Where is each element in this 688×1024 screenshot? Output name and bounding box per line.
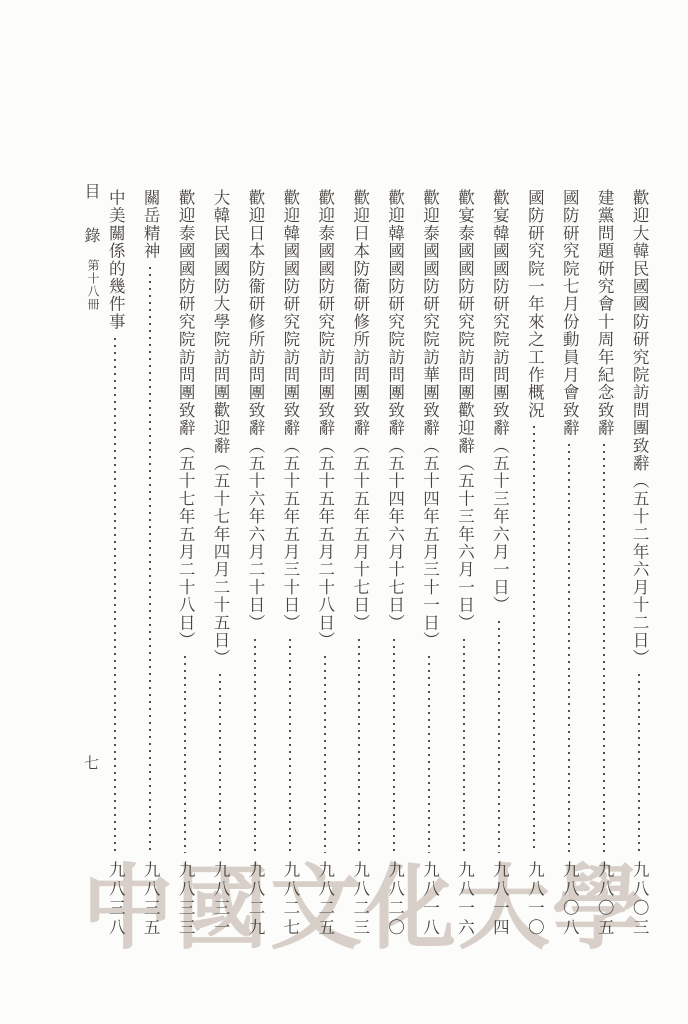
toc-entry-title: 國防研究院一年來之工作概況 <box>526 189 543 419</box>
toc-entry: 歡迎泰國國防研究院訪問團致辭（五十七年五月二十八日）九八三三 <box>174 189 196 937</box>
toc-entry-page: 九八二五 <box>316 861 333 937</box>
toc-entry-page: 九八三一 <box>212 861 229 937</box>
dotted-leader <box>533 426 535 852</box>
toc-entry-page: 九八二〇 <box>386 861 403 937</box>
toc-entry: 歡迎日本防衞研修所訪問團致辭（五十六年六月二十日）九八二九 <box>244 189 266 937</box>
toc-entry: 國防研究院一年來之工作概況九八一〇 <box>523 189 545 937</box>
toc-entry-page: 九八二三 <box>351 861 368 937</box>
toc-entry-title: 歡迎日本防衞研修所訪問團致辭（五十六年六月二十日） <box>246 189 263 632</box>
toc-entry-title: 歡迎韓國國防研究院訪問團致辭（五十五年五月三十日） <box>281 189 298 632</box>
book-page: 中國文化大學 目錄 第十八冊 七 歡迎大韓民國國防研究院訪問團致辭（五十二年六月… <box>0 0 688 1024</box>
toc-entry-title: 歡迎韓國國防研究院訪問團致辭（五十四年六月十七日） <box>386 189 403 632</box>
toc-entry-title: 國防研究院七月份動員月會致辭 <box>561 189 578 437</box>
toc-entry-title: 歡宴泰國國防研究院訪問團歡迎辭（五十三年六月一日） <box>456 189 473 632</box>
toc-entry: 歡迎泰國國防研究院訪華團致辭（五十四年五月三十一日）九八一八 <box>418 189 440 937</box>
dotted-leader <box>498 621 500 853</box>
toc-entry-title: 歡迎泰國國防研究院訪問團致辭（五十七年五月二十八日） <box>177 189 194 649</box>
dotted-leader <box>149 267 151 853</box>
toc-entry-page: 九八三三 <box>177 861 194 937</box>
toc-entry: 中美關係的幾件事九八三八 <box>104 189 126 937</box>
toc-entry: 歡迎韓國國防研究院訪問團致辭（五十四年六月十七日）九八二〇 <box>383 189 405 937</box>
dotted-leader <box>289 639 291 853</box>
toc-entry: 歡迎韓國國防研究院訪問團致辭（五十五年五月三十日）九八二七 <box>279 189 301 937</box>
toc-entry-title: 歡宴韓國國防研究院訪問團致辭（五十三年六月一日） <box>491 189 508 614</box>
toc-entry: 歡迎大韓民國國防研究院訪問團致辭（五十二年六月十二日）九八〇三 <box>628 189 650 937</box>
toc-entry: 歡宴泰國國防研究院訪問團歡迎辭（五十三年六月一日）九八一六 <box>453 189 475 937</box>
toc-entry-page: 九八一四 <box>491 861 508 937</box>
toc-entry: 歡迎日本防衞研修所訪問團致辭（五十五年五月十七日）九八二三 <box>348 189 370 937</box>
toc-entry-title: 中美關係的幾件事 <box>107 189 124 331</box>
toc-title: 目錄 <box>83 183 99 271</box>
toc-entry-title: 大韓民國國防大學院訪問團歡迎辭（五十七年四月二十五日） <box>212 189 229 667</box>
toc-entry-page: 九八三五 <box>142 861 159 937</box>
toc-entry-title: 歡迎日本防衞研修所訪問團致辭（五十五年五月十七日） <box>351 189 368 632</box>
toc-entries: 歡迎大韓民國國防研究院訪問團致辭（五十二年六月十二日）九八〇三建黨問題研究會十周… <box>104 189 650 937</box>
dotted-leader <box>358 639 360 853</box>
toc-entry-title: 歡迎大韓民國國防研究院訪問團致辭（五十二年六月十二日） <box>631 189 648 667</box>
toc-entry-page: 九八一八 <box>421 861 438 937</box>
volume-label: 第十八冊 <box>83 259 99 311</box>
dotted-leader <box>393 639 395 853</box>
toc-entry-title: 歡迎泰國國防研究院訪問團致辭（五十五年五月二十八日） <box>316 189 333 649</box>
toc-entry-page: 九八二九 <box>246 861 263 937</box>
toc-entry: 歡宴韓國國防研究院訪問團致辭（五十三年六月一日）九八一四 <box>488 189 510 937</box>
dotted-leader <box>638 674 640 853</box>
toc-header: 目錄 第十八冊 <box>83 183 99 311</box>
toc-entry-page: 九八〇五 <box>596 861 613 937</box>
toc-entry-title: 建黨問題研究會十周年紀念致辭 <box>596 189 613 437</box>
toc-entry-page: 九八一〇 <box>526 861 543 937</box>
dotted-leader <box>184 656 186 852</box>
toc-entry-page: 九八二七 <box>281 861 298 937</box>
dotted-leader <box>428 656 430 852</box>
toc-entry-page: 九八〇八 <box>561 861 578 937</box>
dotted-leader <box>114 338 116 853</box>
dotted-leader <box>603 444 605 853</box>
folio-number: 七 <box>84 756 99 771</box>
toc-entry-page: 九八〇三 <box>631 861 648 937</box>
toc-entry-title: 關岳精神 <box>142 189 159 260</box>
dotted-leader <box>568 444 570 853</box>
dotted-leader <box>219 674 221 853</box>
toc-entry: 大韓民國國防大學院訪問團歡迎辭（五十七年四月二十五日）九八三一 <box>209 189 231 937</box>
toc-entry-title: 歡迎泰國國防研究院訪華團致辭（五十四年五月三十一日） <box>421 189 438 649</box>
dotted-leader <box>324 656 326 852</box>
toc-entry: 建黨問題研究會十周年紀念致辭九八〇五 <box>593 189 615 937</box>
toc-entry: 關岳精神九八三五 <box>139 189 161 937</box>
toc-entry: 國防研究院七月份動員月會致辭九八〇八 <box>558 189 580 937</box>
toc-entry: 歡迎泰國國防研究院訪問團致辭（五十五年五月二十八日）九八二五 <box>314 189 336 937</box>
dotted-leader <box>254 639 256 853</box>
toc-entry-page: 九八一六 <box>456 861 473 937</box>
toc-entry-page: 九八三八 <box>107 861 124 937</box>
dotted-leader <box>463 639 465 853</box>
